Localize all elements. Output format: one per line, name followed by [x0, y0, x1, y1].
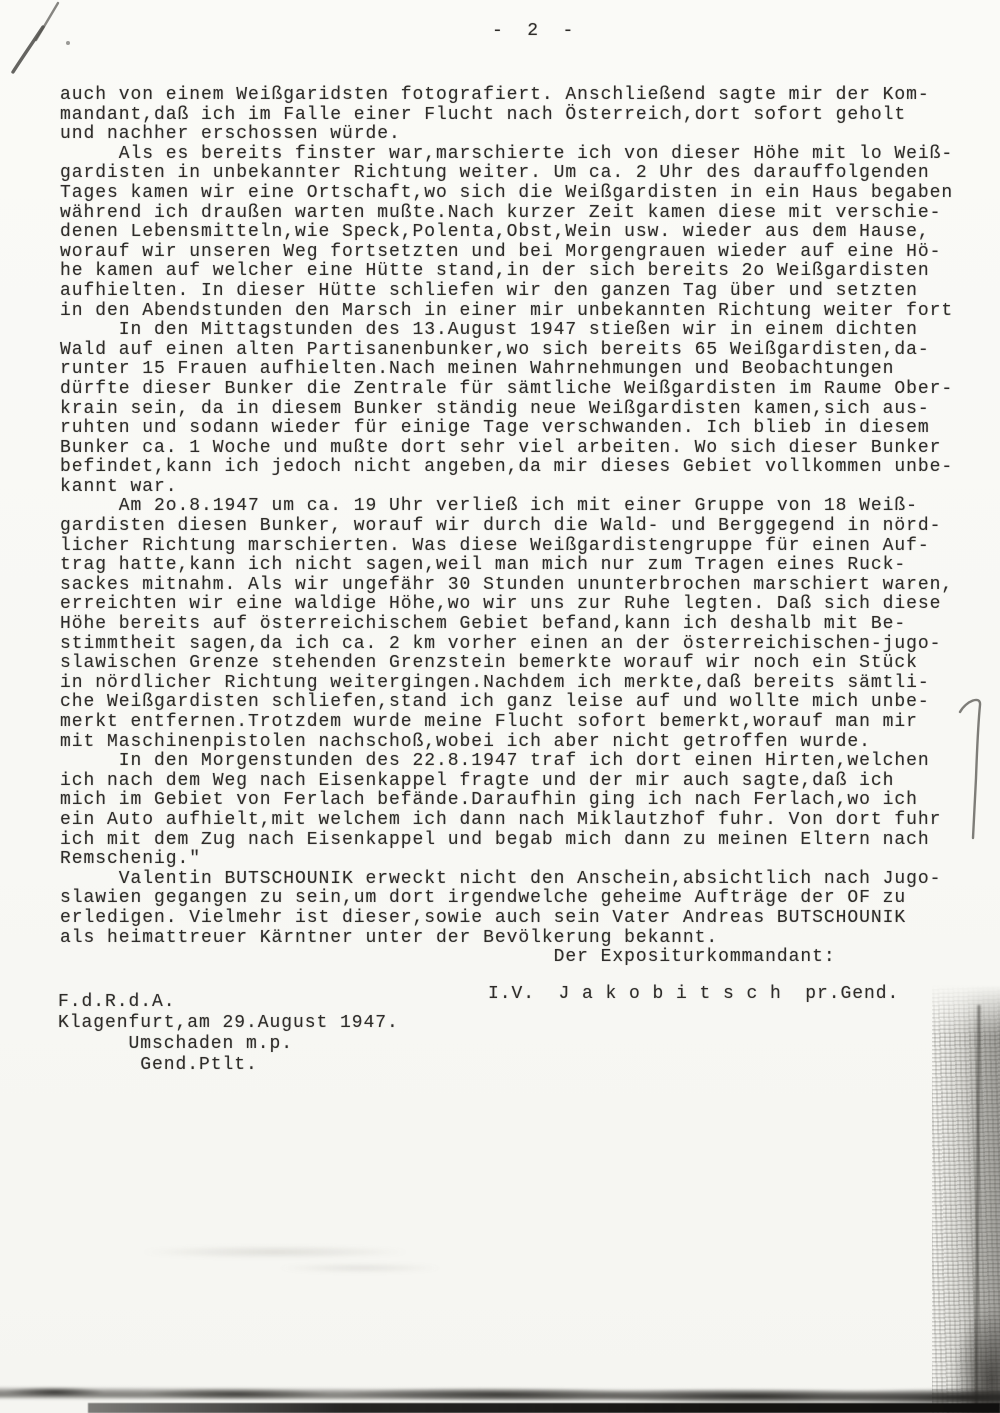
pen-mark-top-left — [0, 0, 90, 90]
signature-line: I.V. J a k o b i t s c h pr.Gend. — [488, 985, 899, 1005]
bottom-edge-bar — [88, 1403, 1000, 1413]
document-page: - 2 - auch von einem Weißgaridsten fotog… — [0, 0, 1000, 1413]
document-body: auch von einem Weißgaridsten fotografier… — [60, 86, 953, 968]
footer-attestation-block: F.d.R.d.A. Klagenfurt,am 29.August 1947.… — [58, 992, 399, 1076]
faint-smudge — [250, 1260, 470, 1276]
bottom-scan-band — [0, 1383, 1000, 1404]
pen-mark-right-margin — [938, 688, 998, 863]
page-number: - 2 - — [492, 22, 574, 42]
faint-smudge — [95, 1242, 455, 1262]
